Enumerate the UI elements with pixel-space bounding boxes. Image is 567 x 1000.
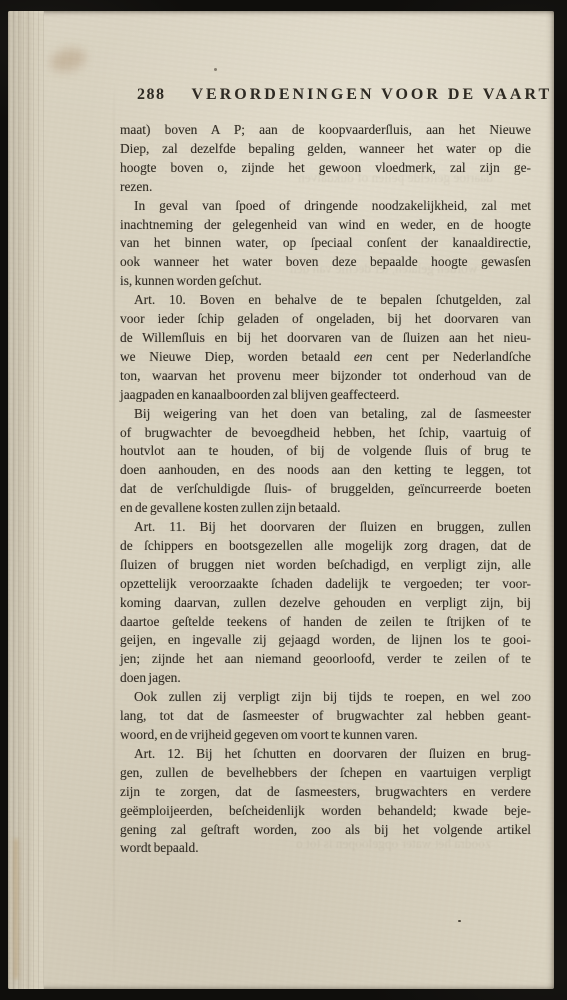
text-segment: Art. 10. Boven en behalve de te bepalen …	[134, 292, 531, 307]
text-segment: maat) boven A P; aan de koopvaarderſluis…	[120, 122, 531, 137]
text-segment: we Nieuwe Diep, worden betaald	[120, 349, 354, 364]
text-segment: en de gevallene kosten zullen zijn betaa…	[120, 500, 340, 515]
text-line: jaagpaden en kanaalboorden zal blijven g…	[120, 386, 531, 405]
text-line: maat) boven A P; aan de koopvaarderſluis…	[120, 121, 531, 140]
paper-speck	[458, 920, 461, 922]
paragraph: maat) boven A P; aan de koopvaarderſluis…	[120, 121, 531, 197]
text-line: ſluizen of bruggen niet worden beſchadig…	[120, 556, 531, 575]
text-segment: opzettelijk veroorzaakte ſchaden dadelij…	[120, 576, 531, 591]
italic-word: een	[354, 349, 373, 364]
text-segment: geijen, en ingevalle zij gejaagd worden,…	[120, 632, 531, 647]
text-line: dat de verſchuldigde ſluis- of bruggelde…	[120, 480, 531, 499]
text-segment: dat de verſchuldigde ſluis- of bruggelde…	[120, 481, 531, 496]
text-line: hoogte boven o, zijnde het gewoon vloedm…	[120, 159, 531, 178]
text-line: woord, en de vrijheid gegeven om voort t…	[120, 726, 531, 745]
text-segment: gening zal geſtraft worden, zoo als bij …	[120, 822, 531, 837]
text-segment: gen, zullen de bevelhebbers der ſchepen …	[120, 765, 531, 780]
text-segment: rezen.	[120, 179, 152, 194]
text-line: Art. 11. Bij het doorvaren der ſluizen e…	[120, 518, 531, 537]
running-header: 288 VERORDENINGEN VOOR DE VAART	[137, 86, 531, 104]
text-line: rezen.	[120, 178, 531, 197]
text-line: inachtneming der gelegenheid van wind en…	[120, 216, 531, 235]
text-line: Art. 10. Boven en behalve de te bepalen …	[120, 291, 531, 310]
text-segment: houtvlot aan te houden, of bij de volgen…	[120, 443, 531, 458]
text-line: zijn te zorgen, dat de ſasmeesters, brug…	[120, 783, 531, 802]
text-segment: koming daarvan, zullen dezelve gehouden …	[120, 595, 531, 610]
text-segment: Diep, zal dezelfde bepaling gelden, wann…	[120, 141, 531, 156]
text-line: Bij weigering van het doen van betaling,…	[120, 405, 531, 424]
text-segment: jaagpaden en kanaalboorden zal blijven g…	[120, 387, 400, 402]
paper-crease	[113, 81, 115, 981]
text-segment: hoogte boven o, zijnde het gewoon vloedm…	[120, 160, 531, 175]
text-segment: of brugwachter de bevoegdheid hebben, he…	[120, 425, 531, 440]
text-line: we Nieuwe Diep, worden betaald een cent …	[120, 348, 531, 367]
text-segment: de ſchippers en bootsgezellen alle mogel…	[120, 538, 531, 553]
text-segment: zijn te zorgen, dat de ſasmeesters, brug…	[120, 784, 531, 799]
paper-speck	[214, 68, 217, 71]
text-line: doen aanhouden, en des noods aan den ket…	[120, 461, 531, 480]
text-segment: is, kunnen worden geſchut.	[120, 273, 262, 288]
text-line: de ſchippers en bootsgezellen alle mogel…	[120, 537, 531, 556]
text-line: de Willemſluis en bij het doorvaren van …	[120, 329, 531, 348]
text-line: van het binnen water, op ſpeciaal conſen…	[120, 234, 531, 253]
text-segment: van het binnen water, op ſpeciaal conſen…	[120, 235, 531, 250]
text-segment: wordt bepaald.	[120, 840, 199, 855]
text-segment: Art. 12. Bij het ſchutten en doorvaren d…	[134, 746, 531, 761]
text-line: gening zal geſtraft worden, zoo als bij …	[120, 821, 531, 840]
page-title: VERORDENINGEN VOOR DE VAART	[192, 86, 553, 104]
page-number: 288	[137, 86, 166, 104]
text-segment: cent per Nederlandſche	[372, 349, 531, 364]
text-segment: Ook zullen zij verpligt zijn bij tijds t…	[134, 689, 531, 704]
text-segment: jen; zijnde het aan niemand geoorloofd, …	[120, 651, 531, 666]
text-line: Diep, zal dezelfde bepaling gelden, wann…	[120, 140, 531, 159]
paragraph: Art. 10. Boven en behalve de te bepalen …	[120, 291, 531, 404]
text-segment: ook wanneer het water boven deze bepaald…	[120, 254, 531, 269]
text-line: is, kunnen worden geſchut.	[120, 272, 531, 291]
text-line: wordt bepaald.	[120, 839, 531, 858]
text-segment: inachtneming der gelegenheid van wind en…	[120, 217, 531, 232]
paragraph: In geval van ſpoed of dringende noodzake…	[120, 197, 531, 292]
text-line: In geval van ſpoed of dringende noodzake…	[120, 197, 531, 216]
text-segment: geëmploijeerden, beſcheidenlijk worden b…	[120, 803, 531, 818]
text-line: koming daarvan, zullen dezelve gehouden …	[120, 594, 531, 613]
body-text: maat) boven A P; aan de koopvaarderſluis…	[120, 121, 531, 858]
text-line: ook wanneer het water boven deze bepaald…	[120, 253, 531, 272]
text-line: Ook zullen zij verpligt zijn bij tijds t…	[120, 688, 531, 707]
text-segment: de Willemſluis en bij het doorvaren van …	[120, 330, 531, 345]
page-content: 288 VERORDENINGEN VOOR DE VAART maat) bo…	[120, 86, 531, 858]
text-line: geëmploijeerden, beſcheidenlijk worden b…	[120, 802, 531, 821]
text-segment: doen jagen.	[120, 670, 181, 685]
paper-edge-discoloration	[14, 839, 18, 979]
text-line: of brugwachter de bevoegdheid hebben, he…	[120, 424, 531, 443]
text-line: geijen, en ingevalle zij gejaagd worden,…	[120, 631, 531, 650]
text-line: en de gevallene kosten zullen zijn betaa…	[120, 499, 531, 518]
paragraph: Ook zullen zij verpligt zijn bij tijds t…	[120, 688, 531, 745]
text-segment: Bij weigering van het doen van betaling,…	[134, 406, 531, 421]
text-segment: doen aanhouden, en des noods aan den ket…	[120, 462, 531, 477]
paragraph: Art. 11. Bij het doorvaren der ſluizen e…	[120, 518, 531, 688]
text-segment: ton, waarvan het provenu meer bijzonder …	[120, 368, 531, 383]
text-segment: woord, en de vrijheid gegeven om voort t…	[120, 727, 418, 742]
text-segment: ſluizen of bruggen niet worden beſchadig…	[120, 557, 531, 572]
text-line: doen jagen.	[120, 669, 531, 688]
text-line: opzettelijk veroorzaakte ſchaden dadelij…	[120, 575, 531, 594]
text-line: ton, waarvan het provenu meer bijzonder …	[120, 367, 531, 386]
text-segment: Art. 11. Bij het doorvaren der ſluizen e…	[134, 519, 531, 534]
text-line: lang, tot dat de ſasmeester of brugwacht…	[120, 707, 531, 726]
text-line: gen, zullen de bevelhebbers der ſchepen …	[120, 764, 531, 783]
text-line: voor ieder ſchip geladen of ongeladen, b…	[120, 310, 531, 329]
scan-background: 288 VERORDENINGEN VOOR DE VAART maat) bo…	[0, 0, 567, 1000]
text-line: houtvlot aan te houden, of bij de volgen…	[120, 442, 531, 461]
paper-stain	[48, 45, 88, 76]
text-line: Art. 12. Bij het ſchutten en doorvaren d…	[120, 745, 531, 764]
paragraph: Art. 12. Bij het ſchutten en doorvaren d…	[120, 745, 531, 858]
text-segment: lang, tot dat de ſasmeester of brugwacht…	[120, 708, 531, 723]
text-segment: In geval van ſpoed of dringende noodzake…	[134, 198, 531, 213]
paragraph: Bij weigering van het doen van betaling,…	[120, 405, 531, 518]
text-segment: voor ieder ſchip geladen of ongeladen, b…	[120, 311, 531, 326]
text-segment: daartoe geſtelde teekens of handen de ze…	[120, 614, 531, 629]
text-line: jen; zijnde het aan niemand geoorloofd, …	[120, 650, 531, 669]
text-line: daartoe geſtelde teekens of handen de ze…	[120, 613, 531, 632]
